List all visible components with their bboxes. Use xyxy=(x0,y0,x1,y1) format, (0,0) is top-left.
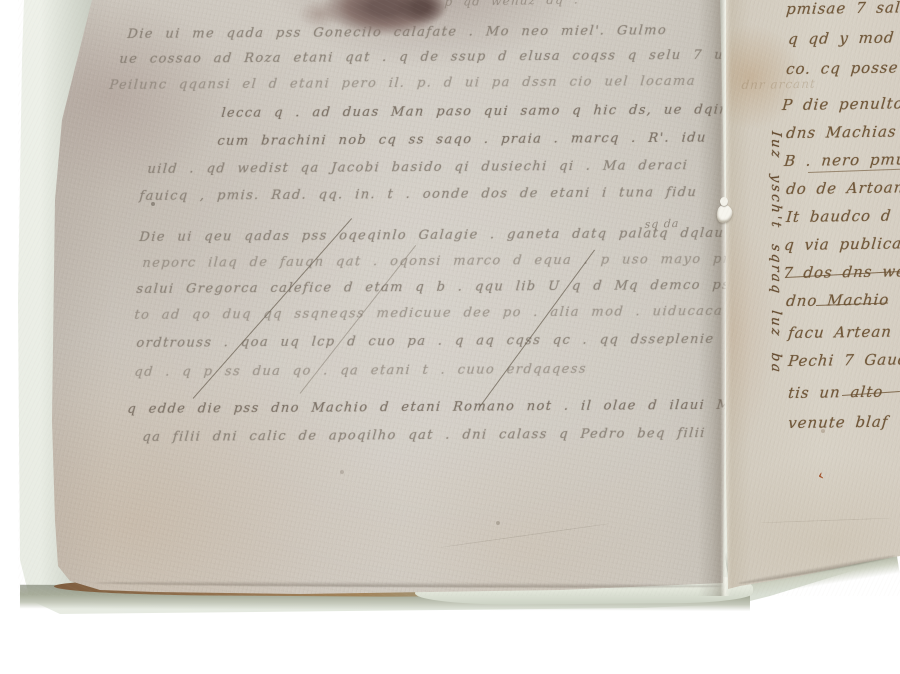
manuscript-line: facu Artean xyxy=(787,323,892,342)
manuscript-line: q via publica xyxy=(783,234,900,254)
manuscript-line: B . nero pmuta xyxy=(783,150,900,170)
left-page: p qd wenuz dq . Die ui me qada pss Gonec… xyxy=(50,0,728,596)
vertical-margin-note: Iuz ysch't sqraq luz ba xyxy=(768,130,784,375)
manuscript-line: tis un alto xyxy=(787,383,884,402)
manuscript-line: qa filii dni calic de apoqilho qat . dni… xyxy=(142,426,707,445)
manuscript-line: ordtrouss . qoa uq lcp d cuo pa . q aq c… xyxy=(136,332,715,351)
manuscript-line-fragment: p qd wenuz dq . xyxy=(444,0,580,9)
manuscript-line: dns Machias xyxy=(785,122,897,142)
cancellation-stroke xyxy=(842,391,900,396)
paper-specks xyxy=(0,0,2,2)
manuscript-line: co. cq posse pu xyxy=(785,58,900,78)
manuscript-photo: p qd wenuz dq . Die ui me qada pss Gonec… xyxy=(0,0,900,674)
manuscript-line: cum brachini nob cq ss saqo . praia . ma… xyxy=(217,131,707,149)
manuscript-line: It baudco d xyxy=(785,207,892,226)
manuscript-line: uild . qd wedist qa Jacobi basido qi dus… xyxy=(147,158,689,177)
gutter-fold xyxy=(698,0,732,596)
interline-note: sq da xyxy=(644,217,679,231)
manuscript-line: salui Gregorca calefice d etam q b . qqu… xyxy=(136,278,760,297)
manuscript-line: ue cossao ad Roza etani qat . q de ssup … xyxy=(119,48,759,67)
cancellation-stroke xyxy=(786,271,900,278)
red-ink-mark: ‹ xyxy=(816,468,826,485)
manuscript-line: do de Artoan xyxy=(785,178,900,198)
manuscript-line: pmisae 7 saledi xyxy=(785,0,900,18)
cancellation-stroke xyxy=(193,218,352,399)
manuscript-line: venute blaf xyxy=(787,413,889,432)
cancellation-stroke xyxy=(300,245,417,394)
show-through-text: dnr arcant xyxy=(741,77,816,92)
manuscript-line: to ad qo duq qq ssqneqss medicuue dee po… xyxy=(134,304,724,323)
manuscript-line: neporc ilaq de fauqn qat . oqonsi marco … xyxy=(142,252,751,271)
manuscript-line: qd . q p ss dua qo . qa etani t . cuuo e… xyxy=(134,362,588,380)
ink-stain-blob xyxy=(298,0,342,28)
manuscript-line: q edde die pss dno Machio d etani Romano… xyxy=(127,397,777,417)
manuscript-line: lecca q . ad duas Man paso qui samo q hi… xyxy=(221,102,730,121)
sewing-hole-small xyxy=(720,197,728,206)
manuscript-line: Peilunc qqansi el d etani pero il. p. d … xyxy=(109,74,697,93)
manuscript-line: Die ui qeu qadas pss oqeqinlo Galagie . … xyxy=(139,226,725,245)
manuscript-line: P die penulto qd xyxy=(781,94,900,114)
cancellation-stroke xyxy=(816,302,888,306)
manuscript-line: Pechi 7 Gauda xyxy=(787,350,900,370)
cancellation-stroke xyxy=(480,250,595,407)
manuscript-line: dno Machio xyxy=(785,291,890,310)
right-page: pmisae 7 saledi q qd y mod b co. cq poss… xyxy=(726,0,900,592)
manuscript-line: fauicq , pmis. Rad. qq. in. t . oonde do… xyxy=(139,185,698,204)
manuscript-line: q qd y mod b xyxy=(787,28,900,48)
pen-stroke xyxy=(808,169,900,173)
manuscript-line: 7 dos dns wen xyxy=(782,262,900,282)
